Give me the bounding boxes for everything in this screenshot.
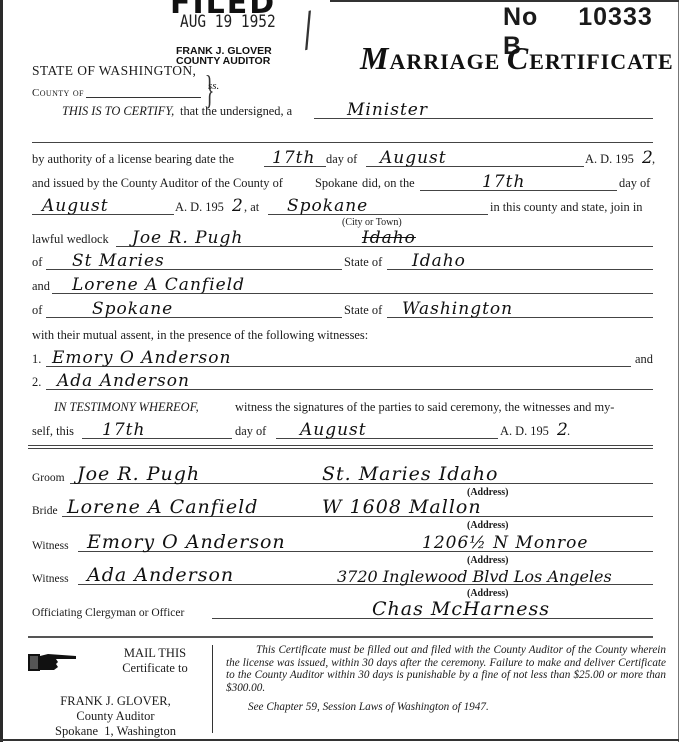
ss-label: ss. [208, 80, 219, 92]
bride-address[interactable]: W 1608 Mallon [322, 496, 482, 518]
footer-bottom-rule [0, 739, 679, 741]
title-word-marriage: ARRIAGE [389, 49, 500, 74]
auditor-city: Spokane 1, Washington [28, 724, 203, 739]
signature-label: Witness [32, 540, 69, 552]
day-of-label-2: day of [619, 176, 650, 191]
certify-lead: THIS IS TO CERTIFY, [62, 104, 174, 119]
witness-1-name-field[interactable]: Emory O Anderson [52, 348, 231, 368]
officiant-signature[interactable]: Chas McHarness [372, 598, 550, 620]
auditor-name: FRANK J. GLOVER, [28, 694, 203, 709]
groom-state-field[interactable]: Idaho [412, 251, 466, 271]
certify-row: THIS IS TO CERTIFY, that the undersigned… [32, 102, 653, 122]
signature-label: Witness [32, 573, 69, 585]
groom-city-field[interactable]: St Maries [72, 251, 165, 271]
signature-row-bride: Bride Lorene A Canfield W 1608 Mallon (A… [32, 500, 653, 520]
testimony-day-field[interactable]: 17th [102, 420, 145, 440]
law-reference: See Chapter 59, Session Laws of Washingt… [226, 701, 666, 714]
witness-list-item: 1. Emory O Anderson and [32, 350, 653, 370]
bride-name-field[interactable]: Lorene A Canfield [72, 275, 245, 295]
testimony-lead: IN TESTIMONY WHEREOF, [54, 400, 199, 415]
bride-row: and Lorene A Canfield [32, 277, 653, 297]
ad-label-3: A. D. 195 [500, 424, 549, 439]
footer-divider [212, 645, 213, 733]
ceremony-year-field[interactable]: 2 [232, 196, 244, 216]
signature-label: Groom [32, 472, 65, 484]
groom-name-field[interactable]: Joe R. Pugh [132, 228, 243, 248]
address-caption: (Address) [467, 520, 508, 531]
self-this-row: self, this 17th day of August A. D. 195 … [32, 422, 653, 442]
bride-state-field[interactable]: Washington [402, 299, 513, 319]
at-label: , at [244, 200, 259, 215]
city-or-town-caption: (City or Town) [342, 217, 402, 228]
footer-top-rule [28, 636, 653, 638]
did-on-the-label: did, on the [362, 176, 415, 191]
mail-this-label: MAIL THIS [110, 646, 200, 661]
county-of-label: County of [32, 87, 84, 99]
testimony-text: witness the signatures of the parties to… [235, 400, 614, 415]
state-of-label-2: State of [344, 303, 382, 318]
of-label: of [32, 255, 42, 270]
groom-address[interactable]: St. Maries Idaho [322, 463, 498, 485]
bride-city-field[interactable]: Spokane [92, 299, 173, 319]
county-blank-line [86, 97, 201, 98]
pointing-hand-icon [28, 651, 78, 673]
witness-number: 2. [32, 375, 41, 390]
title-initial-c: C [507, 40, 529, 76]
day-of-label-3: day of [235, 424, 266, 439]
signature-row-witness: Witness Emory O Anderson 1206½ N Monroe … [32, 535, 653, 555]
officiant-title-field[interactable]: Minister [347, 100, 428, 120]
check-mark-icon: / [295, 1, 321, 57]
title-initial-m: M [360, 40, 389, 76]
of-label-2: of [32, 303, 42, 318]
witness-number: 1. [32, 352, 41, 367]
ceremony-month-field[interactable]: August [42, 196, 109, 216]
witness-and-label: and [635, 352, 653, 367]
groom-of-row: of St Maries State of Idaho [32, 253, 653, 273]
ceremony-row: August A. D. 195 2 , at Spokane in this … [32, 198, 653, 218]
state-of-label: State of [344, 255, 382, 270]
groom-signature[interactable]: Joe R. Pugh [77, 463, 200, 485]
testimony-row: IN TESTIMONY WHEREOF, witness the signat… [32, 398, 653, 418]
officiant-row: Officiating Clergyman or Officer Chas Mc… [32, 602, 653, 622]
and-label: and [32, 279, 50, 294]
wedlock-row: lawful wedlock Joe R. Pugh Idaho [32, 230, 653, 250]
filed-stamp-date: AUG 19 1952 [180, 12, 276, 32]
certificate-title: MARRIAGE CERTIFICATE [360, 40, 674, 77]
ad-label: A. D. 195 [585, 152, 634, 167]
top-border-rule [330, 0, 679, 2]
ad-label-2: A. D. 195 [175, 200, 224, 215]
witness-list-item: 2. Ada Anderson [32, 373, 653, 393]
license-day-field[interactable]: 17th [272, 148, 315, 168]
wedlock-label: lawful wedlock [32, 232, 109, 247]
issued-text: and issued by the County Auditor of the … [32, 176, 283, 191]
page-edge-left [0, 0, 3, 742]
witness-intro: with their mutual assent, in the presenc… [32, 328, 368, 343]
filing-notice-text: This Certificate must be filled out and … [226, 644, 666, 694]
double-rule-top [28, 445, 653, 446]
signature-row-witness: Witness Ada Anderson 3720 Inglewood Blvd… [32, 568, 653, 588]
witness-1-signature[interactable]: Emory O Anderson [87, 531, 286, 553]
signature-label: Bride [32, 505, 58, 517]
officiant-label: Officiating Clergyman or Officer [32, 607, 184, 619]
testimony-month-field[interactable]: August [300, 420, 367, 440]
issued-county: Spokane [315, 176, 358, 191]
groom-struck-text: Idaho [362, 228, 416, 248]
auditor-title: County Auditor [28, 709, 203, 724]
filing-notice: This Certificate must be filled out and … [226, 644, 666, 714]
number-sign: No [503, 3, 538, 31]
certify-text: that the undersigned, a [180, 104, 292, 119]
join-text: in this county and state, join in [490, 200, 642, 215]
ceremony-place-field[interactable]: Spokane [287, 196, 368, 216]
signature-row-groom: Groom Joe R. Pugh St. Maries Idaho (Addr… [32, 467, 653, 487]
double-rule-bottom [28, 448, 653, 449]
witness-2-name-field[interactable]: Ada Anderson [57, 371, 190, 391]
witness-1-address[interactable]: 1206½ N Monroe [422, 533, 588, 553]
bride-of-row: of Spokane State of Washington [32, 301, 653, 321]
license-row: by authority of a license bearing date t… [32, 150, 653, 170]
day-of-label: day of [326, 152, 357, 167]
license-text: by authority of a license bearing date t… [32, 152, 234, 167]
state-of-washington: STATE OF WASHINGTON, [32, 63, 196, 79]
address-caption: (Address) [467, 555, 508, 566]
ceremony-day-field[interactable]: 17th [482, 172, 525, 192]
blank-row [32, 126, 653, 146]
license-month-field[interactable]: August [380, 148, 447, 168]
issued-row: and issued by the County Auditor of the … [32, 174, 653, 194]
self-this-label: self, this [32, 424, 74, 439]
witness-2-signature[interactable]: Ada Anderson [87, 564, 234, 586]
witness-2-address[interactable]: 3720 Inglewood Blvd Los Angeles [337, 567, 612, 586]
witness-intro-row: with their mutual assent, in the presenc… [32, 326, 653, 346]
title-word-certificate: ERTIFICATE [529, 49, 674, 74]
certificate-to-label: Certificate to [110, 661, 200, 676]
bride-signature[interactable]: Lorene A Canfield [67, 496, 258, 518]
